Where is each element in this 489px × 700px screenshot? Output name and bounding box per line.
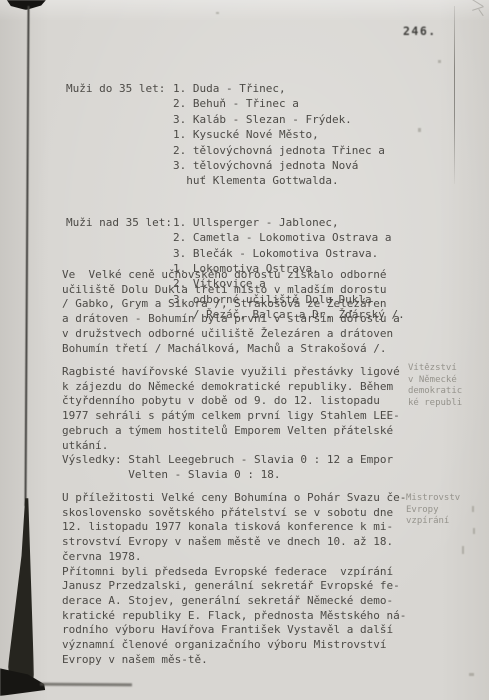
text-line: Mistrovstv [406,493,460,505]
text-line: Vítězství [408,363,462,375]
text-line: rodního výboru Havířova František Vystav… [62,623,406,638]
paper-speck [472,506,474,512]
text-line: skoslovensko sovětského přátelství se v … [62,506,406,521]
text-line: 1. Kysucké Nové Město, [173,127,385,142]
paper-speck [473,528,475,534]
roster-label: Muži do 35 let: [66,81,173,96]
scan-artifact-top-blob [6,0,46,10]
text-line: Bohumín třetí / Machálková, Machů a Stra… [62,342,400,357]
scan-artifact-binder-wedge [8,498,34,690]
text-line: Výsledky: Stahl Leegebruch - Slavia 0 : … [62,453,400,468]
scan-artifact-corner-tail [40,683,132,687]
text-line: strovství Evropy v našem městě ve dnech … [62,535,406,550]
paragraph-apprentice-grand-prix: Ve Velké ceně učňovského dorostu získalo… [62,268,400,356]
paragraph-rugby-gdr-trip: Ragbisté havířovské Slavie využili přest… [62,365,400,483]
paper-speck [216,12,219,14]
roster-label: Muži nad 35 let: [66,215,173,230]
text-line: 3. Blečák - Lokomotiva Ostrava. [173,246,405,261]
text-line: kratické republiky E. Flack, přednosta M… [62,609,406,624]
text-line: / Gabko, Grym a Sikora /, Strakošová ze … [62,297,400,312]
scanned-page: 246. Muži do 35 let: 1. Duda - Třinec,2.… [0,0,489,700]
text-line: 1. Ullsperger - Jablonec, [173,215,405,230]
text-line: 12. listopadu 1977 konala tisková konfer… [62,520,406,535]
pencil-scribble [468,1,486,17]
text-line: Přítomni byli předseda Evropské federace… [62,565,406,580]
page-number: 246. [403,24,437,38]
paper-speck [462,546,464,554]
text-line: derace A. Stojev, generální sekretář Něm… [62,594,406,609]
text-line: v Německé [408,375,462,387]
text-line: 3. tělovýchovná jednota Nová [173,158,385,173]
paragraph-weightlifting-press-conference: U příležitosti Velké ceny Bohumína o Poh… [62,491,406,667]
text-line: ké republi [408,398,462,410]
roster-group-men-under-35: Muži do 35 let: 1. Duda - Třinec,2. Behu… [66,81,405,189]
text-line: v družstvech odborné učiliště Železáren … [62,327,400,342]
text-line: Ve Velké ceně učňovského dorostu získalo… [62,268,400,283]
text-line: 2. tělovýchovná jednota Třinec a [173,143,385,158]
text-line: huť Klementa Gottwalda. [173,173,385,188]
text-line: 2. Behuň - Třinec a [173,96,385,111]
text-line: učiliště Dolu Dukla třetí místo v mladší… [62,283,400,298]
text-line: významní členové organizačního výboru Mi… [62,638,406,653]
margin-note-european-championship: MistrovstvEvropyvzpírání [406,493,460,528]
text-line: Ragbisté havířovské Slavie využili přest… [62,365,400,380]
paper-speck [438,60,441,63]
text-line: Evropy v našem měs-tě. [62,653,406,668]
scan-artifact-fold-line [454,6,455,184]
scan-artifact-binder-line [24,6,29,506]
text-line: čtyřdenního pobytu v době od 9. do 12. l… [62,394,400,409]
text-line: gebruch a týmem hostitelů Emporem Velten… [62,424,400,439]
text-line: Evropy [406,505,460,517]
text-line: utkání. [62,439,400,454]
text-line: 1. Duda - Třinec, [173,81,385,96]
text-line: k zájezdu do Německé demokratické republ… [62,380,400,395]
text-line: Velten - Slavia 0 : 18. [62,468,400,483]
text-line: 3. Kaláb - Slezan - Frýdek. [173,112,385,127]
paper-speck [418,128,421,132]
paper-speck [469,673,474,676]
text-line: 2. Cametla - Lokomotiva Ostrava a [173,230,405,245]
text-line: demokratic [408,386,462,398]
text-line: 1977 sehráli s pátým celkem první ligy S… [62,409,400,424]
text-line: U příležitosti Velké ceny Bohumína o Poh… [62,491,406,506]
text-line: Janusz Przedzalski, generální sekretář E… [62,579,406,594]
text-line: a drátoven - Bohumín byla první v starší… [62,312,400,327]
text-line: vzpírání [406,516,460,528]
margin-note-victory-gdr: Vítězstvív Německédemokratické republi [408,363,462,410]
text-line: června 1978. [62,550,406,565]
roster-items: 1. Duda - Třinec,2. Behuň - Třinec a3. K… [173,81,385,189]
